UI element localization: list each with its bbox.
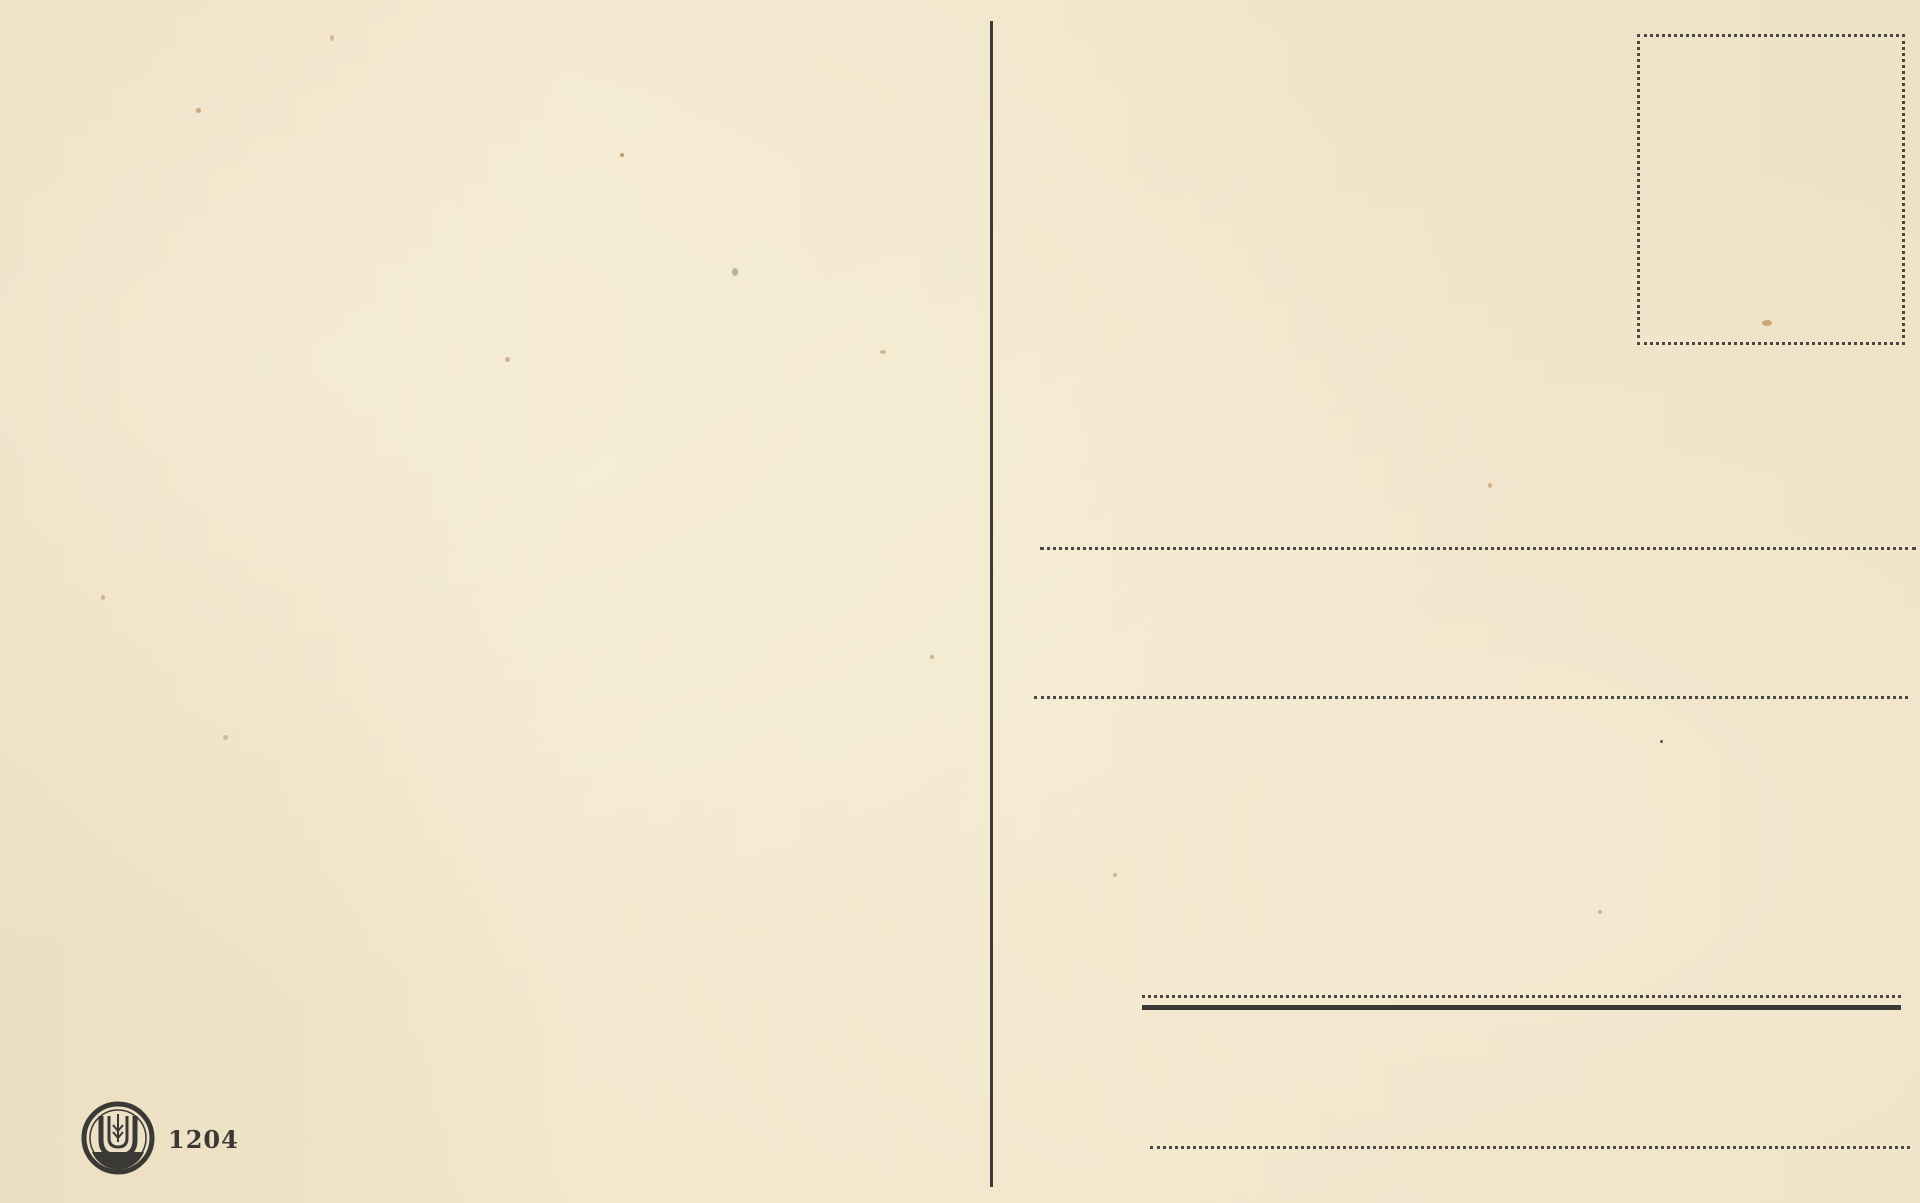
publisher-imprint: 1204 bbox=[80, 1100, 239, 1176]
paper-speckle bbox=[1488, 483, 1492, 488]
paper-speckle bbox=[330, 35, 334, 41]
paper-speckle bbox=[620, 153, 624, 157]
paper-speckle bbox=[930, 655, 934, 659]
paper-speckle bbox=[196, 108, 201, 113]
address-underline-rule bbox=[1142, 1005, 1901, 1010]
address-line-1 bbox=[1040, 547, 1916, 550]
address-line-3 bbox=[1142, 995, 1901, 998]
paper-speckle bbox=[505, 357, 510, 362]
publisher-monogram-icon bbox=[80, 1100, 156, 1176]
address-line-4 bbox=[1150, 1146, 1910, 1149]
paper-speckle bbox=[1660, 740, 1663, 743]
stamp-placement-box bbox=[1637, 34, 1905, 345]
paper-speckle bbox=[1113, 873, 1117, 877]
message-address-divider bbox=[990, 21, 993, 1187]
postcard-back: 1204 bbox=[0, 0, 1920, 1203]
paper-speckle bbox=[101, 595, 105, 600]
address-line-2 bbox=[1034, 696, 1908, 699]
paper-speckle bbox=[880, 350, 886, 354]
paper-speckle bbox=[223, 735, 228, 740]
paper-speckle bbox=[1598, 910, 1602, 914]
paper-speckle bbox=[732, 268, 738, 276]
series-number: 1204 bbox=[168, 1125, 239, 1154]
